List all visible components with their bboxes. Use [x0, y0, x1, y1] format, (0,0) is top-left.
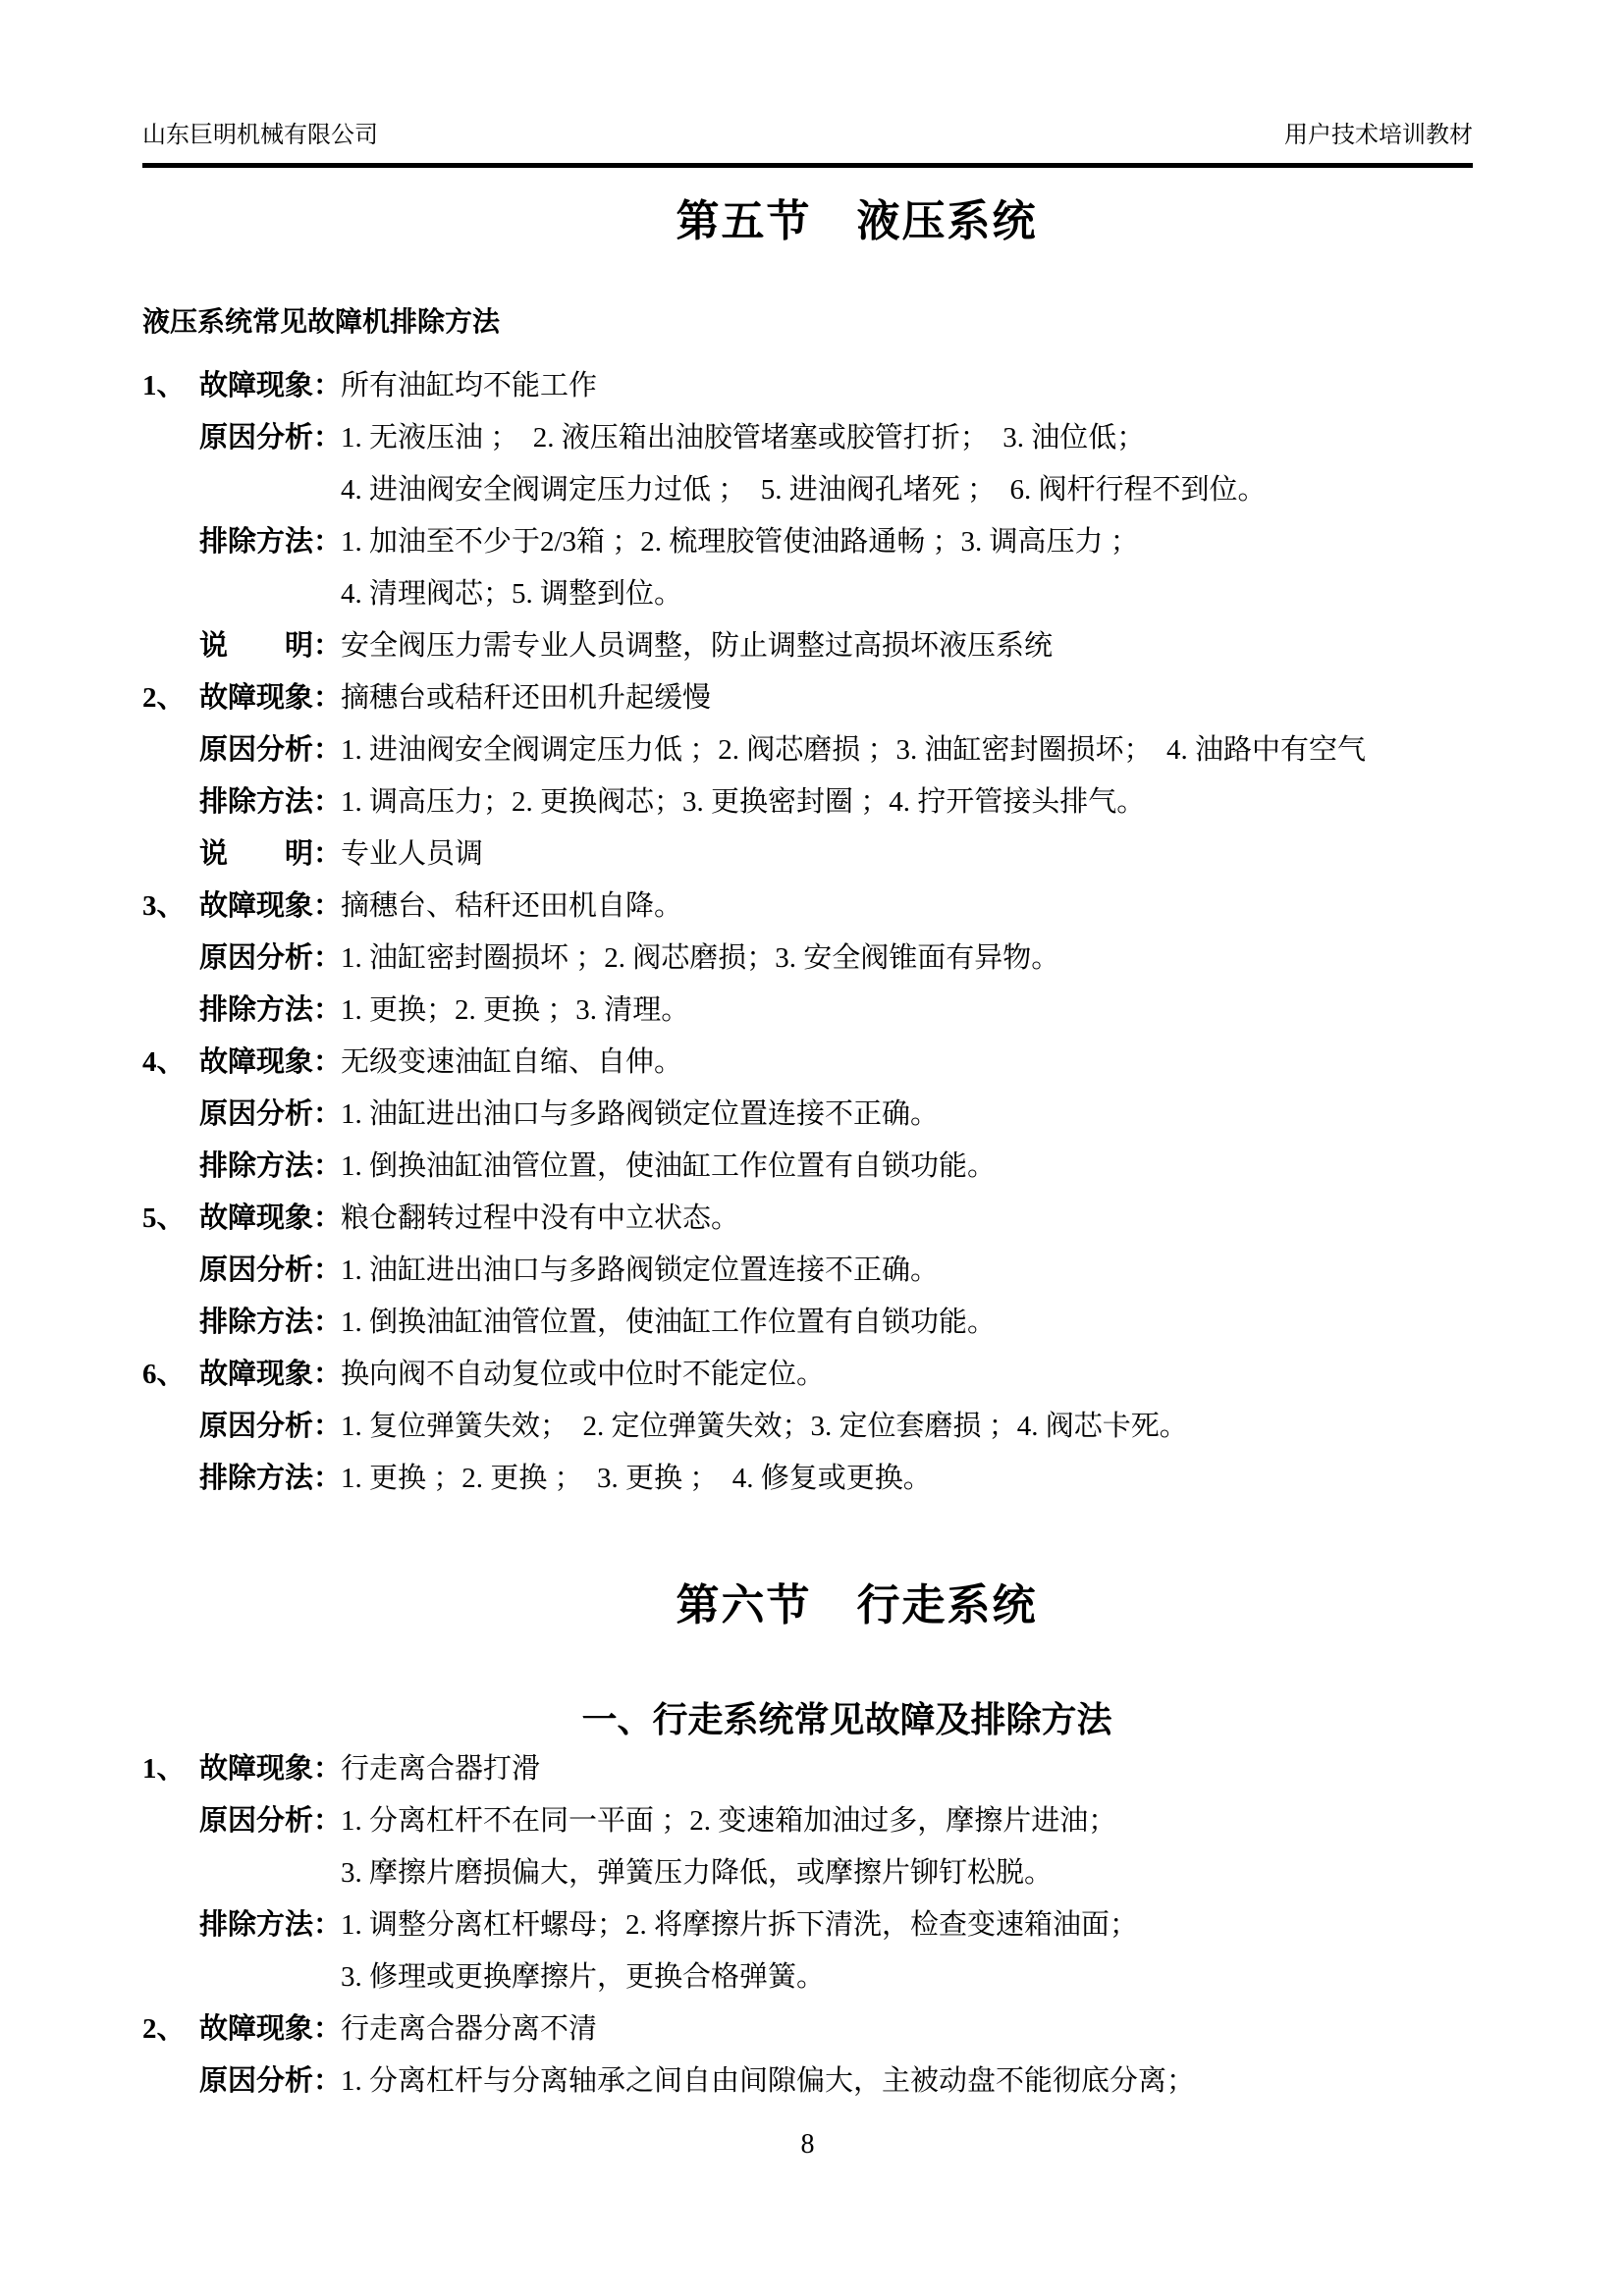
line-text: 1. 加油至不少于2/3箱 ；2. 梳理胶管使油路通畅 ；3. 调高压力 ； — [341, 516, 1473, 568]
line-label — [199, 1847, 341, 1899]
section6-subtitle: 一、行走系统常见故障及排除方法 — [142, 1697, 1473, 1742]
line-label — [199, 464, 341, 516]
list-line: 原因分析：1. 复位弹簧失效； 2. 定位弹簧失效；3. 定位套磨损 ；4. 阀… — [142, 1401, 1473, 1453]
list-line: 3. 摩擦片磨损偏大，弹簧压力降低，或摩擦片铆钉松脱。 — [142, 1847, 1473, 1899]
page-number: 8 — [142, 2128, 1473, 2162]
item-number: 5、 — [142, 1193, 199, 1245]
line-text: 1. 倒换油缸油管位置，使油缸工作位置有自锁功能。 — [341, 1297, 1473, 1349]
line-text: 1. 调整分离杠杆螺母；2. 将摩擦片拆下清洗，检查变速箱油面； — [341, 1899, 1473, 1951]
header-company-name: 山东巨明机械有限公司 — [142, 121, 378, 150]
line-text: 行走离合器打滑 — [341, 1743, 1473, 1795]
line-label: 原因分析： — [199, 412, 341, 464]
line-text: 1. 油缸密封圈损坏 ；2. 阀芯磨损；3. 安全阀锥面有异物。 — [341, 933, 1473, 985]
line-label: 故障现象： — [199, 1037, 341, 1089]
section5-heading: 液压系统常见故障机排除方法 — [142, 306, 500, 340]
item-number — [142, 516, 199, 568]
item-number: 2、 — [142, 2003, 199, 2056]
line-text: 1. 倒换油缸油管位置，使油缸工作位置有自锁功能。 — [341, 1141, 1473, 1193]
item-number — [142, 412, 199, 464]
list-line: 1、故障现象：行走离合器打滑 — [142, 1743, 1473, 1795]
section6-troubleshooting-list: 1、故障现象：行走离合器打滑原因分析：1. 分离杠杆不在同一平面 ；2. 变速箱… — [142, 1743, 1473, 2108]
item-number — [142, 1795, 199, 1847]
item-number: 2、 — [142, 672, 199, 724]
item-number — [142, 985, 199, 1037]
list-line: 排除方法：1. 调高压力；2. 更换阀芯；3. 更换密封圈 ；4. 拧开管接头排… — [142, 776, 1473, 828]
list-line: 2、故障现象：摘穗台或秸秆还田机升起缓慢 — [142, 672, 1473, 724]
list-line: 4、故障现象：无级变速油缸自缩、自伸。 — [142, 1037, 1473, 1089]
line-label: 说 明： — [199, 620, 341, 672]
line-label: 原因分析： — [199, 1245, 341, 1297]
list-line: 3、故障现象：摘穗台、秸秆还田机自降。 — [142, 881, 1473, 933]
line-label: 排除方法： — [199, 516, 341, 568]
item-number: 1、 — [142, 1743, 199, 1795]
line-text: 1. 分离杠杆不在同一平面 ；2. 变速箱加油过多，摩擦片进油； — [341, 1795, 1473, 1847]
line-label: 排除方法： — [199, 1453, 341, 1505]
line-label: 原因分析： — [199, 1401, 341, 1453]
item-number — [142, 776, 199, 828]
list-line: 原因分析：1. 油缸进出油口与多路阀锁定位置连接不正确。 — [142, 1245, 1473, 1297]
list-line: 原因分析：1. 分离杠杆与分离轴承之间自由间隙偏大，主被动盘不能彻底分离； — [142, 2056, 1473, 2108]
item-number: 1、 — [142, 360, 199, 412]
list-line: 原因分析：1. 油缸密封圈损坏 ；2. 阀芯磨损；3. 安全阀锥面有异物。 — [142, 933, 1473, 985]
line-label: 说 明： — [199, 828, 341, 881]
line-text: 1. 调高压力；2. 更换阀芯；3. 更换密封圈 ；4. 拧开管接头排气。 — [341, 776, 1473, 828]
list-line: 原因分析：1. 分离杠杆不在同一平面 ；2. 变速箱加油过多，摩擦片进油； — [142, 1795, 1473, 1847]
list-line: 原因分析：1. 油缸进出油口与多路阀锁定位置连接不正确。 — [142, 1089, 1473, 1141]
section5-troubleshooting-list: 1、故障现象：所有油缸均不能工作原因分析：1. 无液压油 ； 2. 液压箱出油胶… — [142, 360, 1473, 1505]
line-label: 故障现象： — [199, 1743, 341, 1795]
line-text: 专业人员调 — [341, 828, 1473, 881]
item-number: 6、 — [142, 1349, 199, 1401]
line-text: 安全阀压力需专业人员调整，防止调整过高损坏液压系统 — [341, 620, 1473, 672]
item-number — [142, 933, 199, 985]
list-line: 排除方法：1. 更换；2. 更换 ；3. 清理。 — [142, 985, 1473, 1037]
line-label: 原因分析： — [199, 724, 341, 776]
list-line: 排除方法：1. 倒换油缸油管位置，使油缸工作位置有自锁功能。 — [142, 1297, 1473, 1349]
list-line: 排除方法：1. 调整分离杠杆螺母；2. 将摩擦片拆下清洗，检查变速箱油面； — [142, 1899, 1473, 1951]
line-text: 1. 复位弹簧失效； 2. 定位弹簧失效；3. 定位套磨损 ；4. 阀芯卡死。 — [341, 1401, 1473, 1453]
header-doc-type: 用户技术培训教材 — [1284, 121, 1473, 150]
header-divider — [142, 163, 1473, 168]
page-header: 山东巨明机械有限公司 用户技术培训教材 — [142, 121, 1473, 150]
line-text: 3. 摩擦片磨损偏大，弹簧压力降低，或摩擦片铆钉松脱。 — [341, 1847, 1473, 1899]
line-text: 所有油缸均不能工作 — [341, 360, 1473, 412]
line-label: 故障现象： — [199, 1193, 341, 1245]
item-number — [142, 1951, 199, 2003]
list-line: 说 明：专业人员调 — [142, 828, 1473, 881]
line-text: 换向阀不自动复位或中位时不能定位。 — [341, 1349, 1473, 1401]
list-line: 排除方法：1. 加油至不少于2/3箱 ；2. 梳理胶管使油路通畅 ；3. 调高压… — [142, 516, 1473, 568]
line-text: 1. 油缸进出油口与多路阀锁定位置连接不正确。 — [341, 1245, 1473, 1297]
line-text: 无级变速油缸自缩、自伸。 — [341, 1037, 1473, 1089]
line-label: 故障现象： — [199, 672, 341, 724]
list-line: 排除方法：1. 倒换油缸油管位置，使油缸工作位置有自锁功能。 — [142, 1141, 1473, 1193]
item-number — [142, 2056, 199, 2108]
item-number: 3、 — [142, 881, 199, 933]
line-label: 原因分析： — [199, 1795, 341, 1847]
list-line: 原因分析：1. 无液压油 ； 2. 液压箱出油胶管堵塞或胶管打折； 3. 油位低… — [142, 412, 1473, 464]
list-line: 5、故障现象：粮仓翻转过程中没有中立状态。 — [142, 1193, 1473, 1245]
list-line: 说 明：安全阀压力需专业人员调整，防止调整过高损坏液压系统 — [142, 620, 1473, 672]
line-label: 故障现象： — [199, 881, 341, 933]
line-text: 行走离合器分离不清 — [341, 2003, 1473, 2056]
line-label — [199, 568, 341, 620]
list-line: 6、故障现象：换向阀不自动复位或中位时不能定位。 — [142, 1349, 1473, 1401]
line-label — [199, 1951, 341, 2003]
section6-title: 第六节 行走系统 — [142, 1578, 1473, 1633]
line-label: 原因分析： — [199, 1089, 341, 1141]
list-line: 4. 进油阀安全阀调定压力过低 ； 5. 进油阀孔堵死 ； 6. 阀杆行程不到位… — [142, 464, 1473, 516]
line-label: 故障现象： — [199, 1349, 341, 1401]
item-number — [142, 1847, 199, 1899]
line-label: 排除方法： — [199, 776, 341, 828]
item-number — [142, 1089, 199, 1141]
line-text: 1. 进油阀安全阀调定压力低 ；2. 阀芯磨损 ；3. 油缸密封圈损坏； 4. … — [341, 724, 1473, 776]
item-number — [142, 620, 199, 672]
line-text: 1. 无液压油 ； 2. 液压箱出油胶管堵塞或胶管打折； 3. 油位低； — [341, 412, 1473, 464]
item-number — [142, 464, 199, 516]
line-label: 排除方法： — [199, 985, 341, 1037]
document-page: 山东巨明机械有限公司 用户技术培训教材 第五节 液压系统 液压系统常见故障机排除… — [0, 0, 1624, 2296]
line-label: 故障现象： — [199, 360, 341, 412]
line-text: 3. 修理或更换摩擦片，更换合格弹簧。 — [341, 1951, 1473, 2003]
line-label: 排除方法： — [199, 1141, 341, 1193]
list-line: 4. 清理阀芯；5. 调整到位。 — [142, 568, 1473, 620]
line-text: 4. 进油阀安全阀调定压力过低 ； 5. 进油阀孔堵死 ； 6. 阀杆行程不到位… — [341, 464, 1473, 516]
list-line: 排除方法：1. 更换 ；2. 更换 ； 3. 更换 ； 4. 修复或更换。 — [142, 1453, 1473, 1505]
line-label: 原因分析： — [199, 933, 341, 985]
line-text: 1. 分离杠杆与分离轴承之间自由间隙偏大，主被动盘不能彻底分离； — [341, 2056, 1473, 2108]
line-text: 1. 更换 ；2. 更换 ； 3. 更换 ； 4. 修复或更换。 — [341, 1453, 1473, 1505]
line-text: 摘穗台或秸秆还田机升起缓慢 — [341, 672, 1473, 724]
line-text: 1. 油缸进出油口与多路阀锁定位置连接不正确。 — [341, 1089, 1473, 1141]
item-number — [142, 568, 199, 620]
line-label: 原因分析： — [199, 2056, 341, 2108]
item-number: 4、 — [142, 1037, 199, 1089]
section5-title: 第五节 液压系统 — [142, 194, 1473, 249]
line-text: 1. 更换；2. 更换 ；3. 清理。 — [341, 985, 1473, 1037]
line-text: 摘穗台、秸秆还田机自降。 — [341, 881, 1473, 933]
item-number — [142, 724, 199, 776]
line-label: 故障现象： — [199, 2003, 341, 2056]
line-text: 粮仓翻转过程中没有中立状态。 — [341, 1193, 1473, 1245]
line-text: 4. 清理阀芯；5. 调整到位。 — [341, 568, 1473, 620]
item-number — [142, 1141, 199, 1193]
line-label: 排除方法： — [199, 1297, 341, 1349]
item-number — [142, 1899, 199, 1951]
item-number — [142, 1245, 199, 1297]
list-line: 2、故障现象：行走离合器分离不清 — [142, 2003, 1473, 2056]
item-number — [142, 828, 199, 881]
list-line: 原因分析：1. 进油阀安全阀调定压力低 ；2. 阀芯磨损 ；3. 油缸密封圈损坏… — [142, 724, 1473, 776]
item-number — [142, 1453, 199, 1505]
item-number — [142, 1401, 199, 1453]
item-number — [142, 1297, 199, 1349]
line-label: 排除方法： — [199, 1899, 341, 1951]
list-line: 1、故障现象：所有油缸均不能工作 — [142, 360, 1473, 412]
list-line: 3. 修理或更换摩擦片，更换合格弹簧。 — [142, 1951, 1473, 2003]
